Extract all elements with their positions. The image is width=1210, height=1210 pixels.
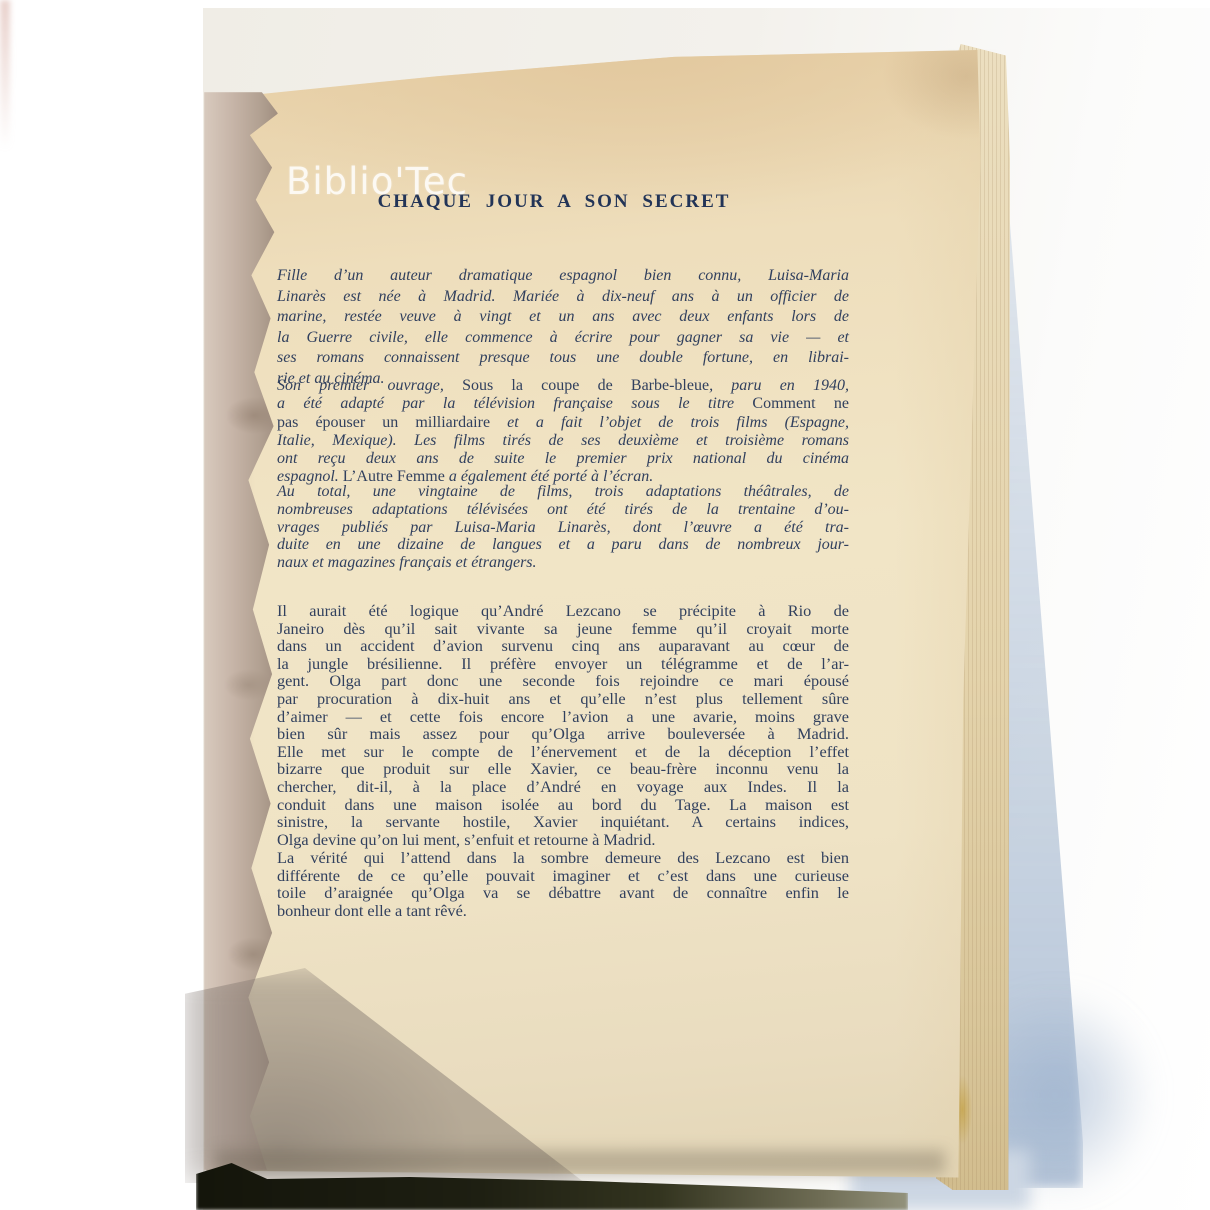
paragraph: Fille d’un auteur dramatique espagnol bi…: [277, 266, 849, 390]
text-line: toile d’araignée qu’Olga va se débattre …: [277, 884, 849, 902]
text-line: d’aimer — et cette fois encore l’avion a…: [277, 708, 849, 726]
paragraph: Il aurait été logique qu’André Lezcano s…: [277, 602, 849, 848]
text-line: duite en une dizaine de langues et a par…: [277, 536, 849, 554]
text-line: Fille d’un auteur dramatique espagnol bi…: [277, 266, 849, 287]
text-line: bizarre que produit sur elle Xavier, ce …: [277, 760, 849, 778]
text-line: dans un accident d’avion survenu cinq an…: [277, 637, 849, 655]
text-line: Olga devine qu’on lui ment, s’enfuit et …: [277, 831, 849, 849]
text-line: Linarès est née à Madrid. Mariée à dix-n…: [277, 287, 849, 308]
text-line: vrages publiés par Luisa-Maria Linarès, …: [277, 519, 849, 537]
text-line: Son premier ouvrage, Sous la coupe de Ba…: [277, 377, 849, 395]
text-line: chercher, dit-il, à la place d’André en …: [277, 778, 849, 796]
text-line: par procuration à dix-huit ans et qu’ell…: [277, 690, 849, 708]
text-line: Elle met sur le compte de l’énervement e…: [277, 743, 849, 761]
text-line: ont reçu deux ans de suite le premier pr…: [277, 450, 849, 468]
watermark: Biblio'Tec: [286, 160, 468, 203]
text-line: la Guerre civile, elle commence à écrire…: [277, 328, 849, 349]
text-line: marine, restée veuve à vingt et un ans a…: [277, 307, 849, 328]
text-line: pas épouser un milliardaire et a fait l’…: [277, 414, 849, 432]
book-page-photo: CHAQUE JOUR A SON SECRET Fille d’un aute…: [0, 0, 1210, 1210]
text-line: La vérité qui l’attend dans la sombre de…: [277, 849, 849, 867]
text-line: bonheur dont elle a tant rêvé.: [277, 902, 849, 920]
text-line: gent. Olga part donc une seconde fois re…: [277, 672, 849, 690]
text-line: a été adapté par la télévision française…: [277, 395, 849, 413]
text-line: ses romans connaissent presque tous une …: [277, 348, 849, 369]
paragraph: Au total, une vingtaine de films, trois …: [277, 483, 849, 572]
text-line: la jungle brésilienne. Il préfère envoye…: [277, 655, 849, 673]
text-line: naux et magazines français et étrangers.: [277, 554, 849, 572]
text-line: nombreuses adaptations télévisées ont ét…: [277, 501, 849, 519]
text-line: sinistre, la servante hostile, Xavier in…: [277, 813, 849, 831]
photo-edge-smudge: [0, 0, 10, 150]
paragraph: Son premier ouvrage, Sous la coupe de Ba…: [277, 377, 849, 487]
text-line: bien sûr mais assez pour qu’Olga arrive …: [277, 725, 849, 743]
text-line: différente de ce qu’elle pouvait imagine…: [277, 867, 849, 885]
text-line: Il aurait été logique qu’André Lezcano s…: [277, 602, 849, 620]
text-line: Janeiro dès qu’il sait vivante sa jeune …: [277, 620, 849, 638]
text-line: Au total, une vingtaine de films, trois …: [277, 483, 849, 501]
text-line: conduit dans une maison isolée au bord d…: [277, 796, 849, 814]
paragraph: La vérité qui l’attend dans la sombre de…: [277, 849, 849, 919]
text-line: Italie, Mexique). Les films tirés de ses…: [277, 432, 849, 450]
